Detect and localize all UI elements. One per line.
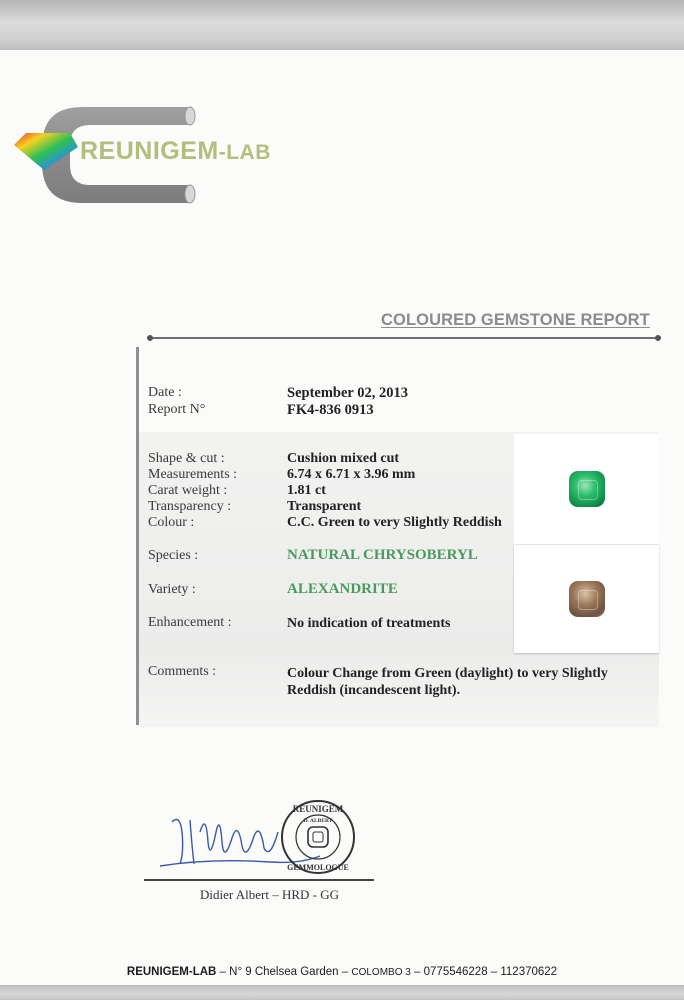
species-value: NATURAL CHRYSOBERYL: [287, 547, 478, 564]
footer-address: REUNIGEM-LAB – N° 9 Chelsea Garden – COL…: [0, 966, 684, 978]
report-title: COLOURED GEMSTONE REPORT: [381, 311, 650, 330]
variety-value: ALEXANDRITE: [287, 581, 398, 598]
title-divider: [150, 337, 658, 339]
gemstone-photo-daylight: [514, 434, 659, 544]
report-number-value: FK4-836 0913: [287, 402, 374, 419]
reddish-gemstone-icon: [569, 581, 605, 617]
carat-weight-value: 1.81 ct: [287, 483, 326, 499]
species-label: Species :: [148, 548, 198, 564]
report-number-label: Report N°: [148, 402, 205, 418]
colour-value: C.C. Green to very Slightly Reddish: [287, 515, 502, 531]
date-label: Date :: [148, 385, 182, 401]
transparency-value: Transparent: [287, 499, 361, 515]
shape-cut-value: Cushion mixed cut: [287, 451, 399, 467]
comments-value: Colour Change from Green (daylight) to v…: [287, 665, 617, 699]
measurements-label: Measurements :: [148, 467, 237, 483]
carat-weight-label: Carat weight :: [148, 483, 227, 499]
shape-cut-label: Shape & cut :: [148, 451, 225, 467]
variety-label: Variety :: [148, 582, 196, 598]
signature-stamp-icon: REUNIGEM D. ALBERT GEMMOLOGUE: [150, 792, 390, 887]
date-value: September 02, 2013: [287, 385, 408, 402]
comments-label: Comments :: [148, 664, 216, 680]
transparency-label: Transparency :: [148, 499, 231, 515]
signer-name: Didier Albert – HRD - GG: [200, 887, 339, 903]
scan-edge-bottom: [0, 985, 684, 1000]
svg-text:D. ALBERT: D. ALBERT: [304, 818, 333, 824]
enhancement-value: No indication of treatments: [287, 616, 450, 632]
enhancement-label: Enhancement :: [148, 615, 232, 631]
logo-wordmark: REUNIGEM-LAB: [80, 137, 271, 166]
measurements-value: 6.74 x 6.71 x 3.96 mm: [287, 467, 415, 483]
colour-label: Colour :: [148, 515, 194, 531]
signature-line: [144, 879, 374, 881]
svg-text:REUNIGEM: REUNIGEM: [293, 804, 344, 814]
svg-text:GEMMOLOGUE: GEMMOLOGUE: [287, 863, 349, 872]
scan-edge-top: [0, 0, 684, 50]
gemstone-photo-incandescent: [514, 544, 659, 653]
green-gemstone-icon: [569, 471, 605, 507]
